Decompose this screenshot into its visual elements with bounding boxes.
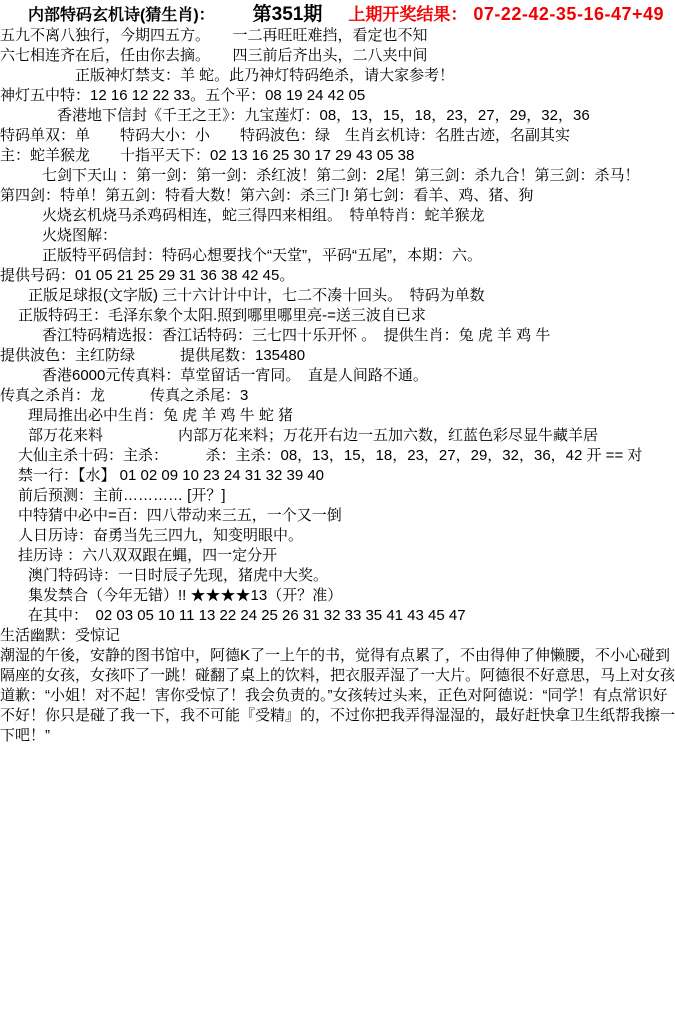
wanhua-line: 部万花来料 内部万花来料；万花开右边一五加六数，红蓝色彩尽显牛藏羊居	[0, 426, 675, 446]
content-lines: 五九不离八独行，今期四五方。 一二再旺旺难挡，看定也不知六七相连齐在后，任由你去…	[0, 26, 675, 746]
huoshao-line: 火烧玄机烧马杀鸡码相连，蛇三得四来相组。 特单特肖：蛇羊猴龙	[0, 206, 675, 226]
aomen-line: 澳门特码诗：一日时辰子先现，猪虎中大奖。	[0, 566, 675, 586]
header-line: 内部特码玄机诗(猜生肖)：第351期上期开奖结果：07-22-42-35-16-…	[0, 4, 675, 26]
issue-number: 第351期	[253, 4, 323, 25]
jinyihang-line: 禁一行：【水】 01 02 09 10 23 24 31 32 39 40	[0, 466, 675, 486]
humor-story-paragraph: 潮湿的午後，安静的图书馆中，阿德K了一上午的书，觉得有点累了，不由得伸了伸懒腰，…	[0, 646, 675, 746]
danshuang-daxiao-line: 特码单双：单 特码大小：小 特码波色：绿 生肖玄机诗：名胜古迹，名副其实	[0, 126, 675, 146]
xiangjiang-line: 香江特码精选报：香江话特码：三七四十乐开怀 。 提供生肖：兔 虎 羊 鸡 牛	[0, 326, 675, 346]
qianhou-yuce-line: 前后预测：主前………… [开？]	[0, 486, 675, 506]
zhu-shengxiao-line: 主：蛇羊猴龙 十指平天下：02 13 16 25 30 17 29 43 05 …	[0, 146, 675, 166]
tepingma-envelope-line: 正版特平码信封：特码心想要找个“天堂”，平码“五尾”，本期：六。	[0, 246, 675, 266]
tigong-bose-line: 提供波色：主红防绿 提供尾数：135480	[0, 346, 675, 366]
zaiqizhong-line: 在其中： 02 03 05 10 11 13 22 24 25 26 31 32…	[0, 606, 675, 626]
zhongte-line: 中特猜中必中=百：四八带动来三五，一个又一倒	[0, 506, 675, 526]
hongkong-envelope-line: 香港地下信封《千王之王》：九宝莲灯：08，13，15，18，23，27，29，3…	[0, 106, 675, 126]
chuanzhenliao-line: 香港6000元传真料：草堂留话一宵同。 直是人间路不通。	[0, 366, 675, 386]
tigong-haoma-line: 提供号码：01 05 21 25 29 31 36 38 42 45。	[0, 266, 675, 286]
last-draw-result-numbers: 07-22-42-35-16-47+49	[473, 4, 664, 24]
zuqiubao-line: 正版足球报(文字版) 三十六计计中计，七二不凑十回头。 特码为单数	[0, 286, 675, 306]
temawang-line: 正版特码王：毛泽东象个太阳.照到哪里哪里亮-=送三波自已求	[0, 306, 675, 326]
huoshao-tujie-line: 火烧图解：	[0, 226, 675, 246]
daxian-line: 大仙主杀十码：主杀： 杀：主杀：08，13，15，18，23，27，29，32，…	[0, 446, 675, 466]
last-draw-result-label: 上期开奖结果：	[348, 5, 467, 24]
lottery-tip-sheet: 内部特码玄机诗(猜生肖)：第351期上期开奖结果：07-22-42-35-16-…	[0, 0, 675, 1011]
shendeng-wuzhongte-line: 神灯五中特：12 16 12 22 33。五个平：08 19 24 42 05	[0, 86, 675, 106]
humor-title-line: 生活幽默：受惊记	[0, 626, 675, 646]
poem-line-1: 五九不离八独行，今期四五方。 一二再旺旺难挡，看定也不知	[0, 26, 675, 46]
poem-line-2: 六七相连齐在后，任由你去摘。 四三前后齐出头，二八夹中间	[0, 46, 675, 66]
shendeng-jinzhi-line: 正版神灯禁支：羊 蛇。此乃神灯特码绝杀，请大家参考！	[0, 66, 675, 86]
liju-line: 理局推出必中生肖：兔 虎 羊 鸡 牛 蛇 猪	[0, 406, 675, 426]
sheet-title: 内部特码玄机诗(猜生肖)：	[28, 7, 215, 24]
guali-line: 挂历诗 ：六八双双跟在蝿，四一定分开	[0, 546, 675, 566]
qijian-line-1: 七剑下天山 ：第一剑：第一剑：杀红波！第二剑：2尾！第三剑：杀九合！第三剑：杀马…	[0, 166, 675, 186]
qijian-line-2: 第四剑：特单！第五剑：特看大数！第六剑：杀三门! 第七剑：看羊、鸡、猪、狗	[0, 186, 675, 206]
renrili-line: 人日历诗：奋勇当先三四九，知变明眼中。	[0, 526, 675, 546]
chuanzhen-shaxiao-line: 传真之杀肖：龙 传真之杀尾：3	[0, 386, 675, 406]
jifa-line: 集发禁合（今年无错）!! ★★★★13（开？准）	[0, 586, 675, 606]
